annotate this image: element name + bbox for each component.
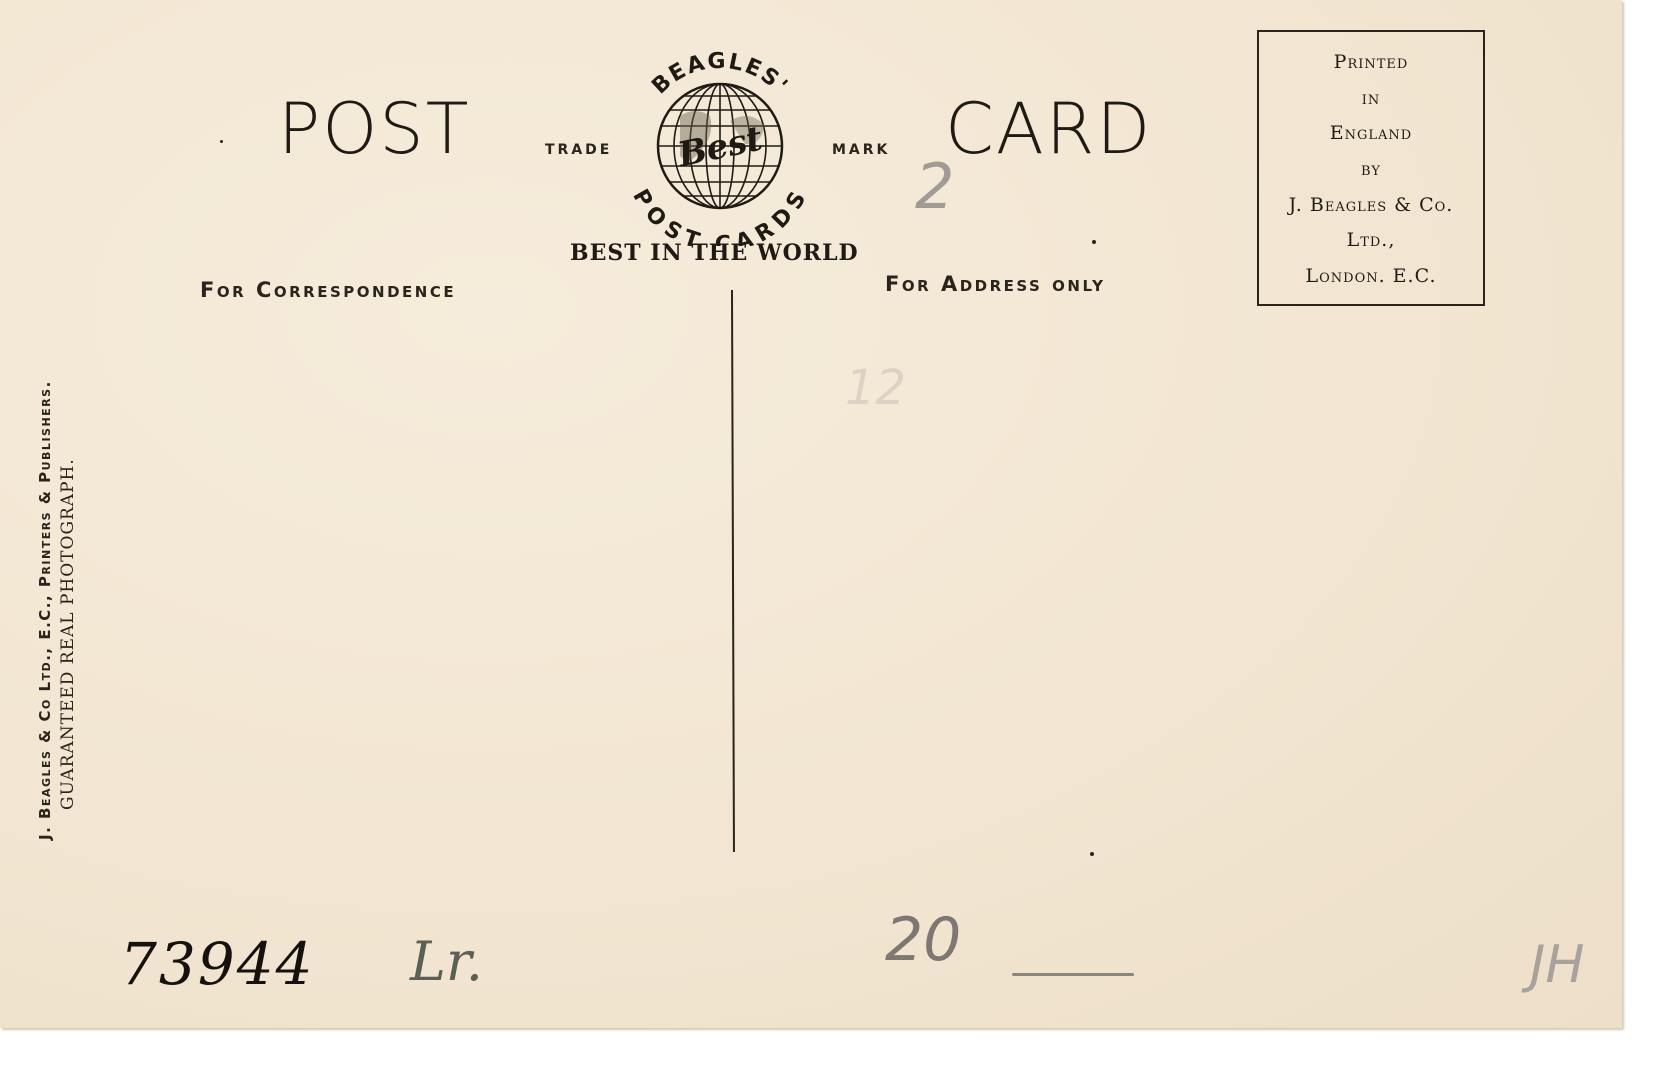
speck [1090, 852, 1094, 856]
stamp-line: J. Beagles & Co. [1289, 194, 1454, 216]
stamp-line: London. E.C. [1306, 265, 1437, 287]
speck [1092, 240, 1096, 244]
handwritten-catalog-suffix: Lr. [410, 930, 483, 993]
trademark-right: MARK [832, 142, 890, 158]
postcard-back: J. Beagles & Co Ltd., E.C., Printers & P… [0, 0, 1622, 1028]
beagles-globe-logo: Best BEAGLES' POST CARDS [620, 46, 820, 246]
pencil-mark-faint: 12 [845, 360, 906, 416]
stamp-line: Printed [1334, 51, 1409, 73]
side-imprint: J. Beagles & Co Ltd., E.C., Printers & P… [36, 380, 78, 840]
tagline: BEST IN THE WORLD [570, 240, 859, 266]
real-photograph-label: GUARANTEED REAL PHOTOGRAPH. [58, 380, 78, 840]
speck [220, 140, 223, 143]
handwritten-catalog-number: 73944 [120, 930, 315, 998]
pencil-dash [1012, 973, 1134, 976]
correspondence-label: For Correspondence [200, 278, 456, 302]
trademark-left: TRADE [545, 142, 612, 158]
printer-imprint: J. Beagles & Co Ltd., E.C., Printers & P… [36, 380, 54, 840]
stamp-box: Printed in England by J. Beagles & Co. L… [1257, 30, 1485, 306]
stamp-line: by [1361, 158, 1381, 180]
title-post: POST [278, 88, 471, 170]
stamp-line: England [1330, 122, 1412, 144]
globe-icon: Best BEAGLES' POST CARDS [620, 46, 820, 246]
pencil-price: 20 [885, 905, 961, 975]
address-label: For Address only [885, 272, 1106, 296]
title-card: CARD [945, 88, 1152, 170]
center-divider [731, 290, 735, 852]
stamp-line: Ltd., [1347, 229, 1396, 251]
pencil-corner-initials: JH [1530, 935, 1584, 995]
stamp-line: in [1362, 87, 1381, 109]
pencil-mark-top: 2 [915, 150, 954, 223]
